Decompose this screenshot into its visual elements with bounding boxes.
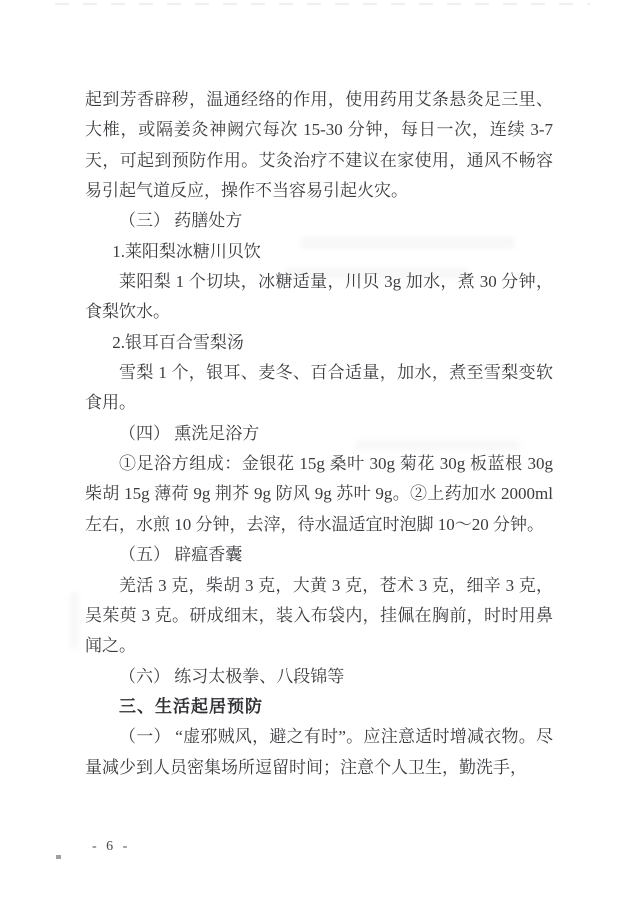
scan-speck bbox=[56, 855, 61, 859]
living-prevention-body: （一） “虚邪贼风，避之有时”。应注意适时增减衣物。尽量减少到人员密集场所逗留时… bbox=[85, 722, 553, 783]
section-heading-5: （五） 辟瘟香囊 bbox=[85, 540, 553, 570]
recipe-title-2: 2.银耳百合雪梨汤 bbox=[85, 328, 553, 358]
document-body: 起到芳香辟秽，温通经络的作用，使用药用艾条悬灸足三里、大椎，或隔姜灸神阙穴每次 … bbox=[85, 85, 553, 783]
recipe-body-1: 莱阳梨 1 个切块，冰糖适量，川贝 3g 加水，煮 30 分钟，食梨饮水。 bbox=[85, 267, 553, 328]
section-heading-3: （三） 药膳处方 bbox=[85, 206, 553, 236]
scan-smudge bbox=[70, 592, 79, 650]
recipe-title-1: 1.莱阳梨冰糖川贝饮 bbox=[85, 237, 553, 267]
section-heading-6: （六） 练习太极拳、八段锦等 bbox=[85, 662, 553, 692]
sachet-body: 羌活 3 克，柴胡 3 克，大黄 3 克，苍术 3 克，细辛 3 克，吴茱萸 3… bbox=[85, 571, 553, 662]
paragraph-continuation: 起到芳香辟秽，温通经络的作用，使用药用艾条悬灸足三里、大椎，或隔姜灸神阙穴每次 … bbox=[85, 85, 553, 206]
footbath-body: ①足浴方组成：金银花 15g 桑叶 30g 菊花 30g 板蓝根 30g 柴胡 … bbox=[85, 449, 553, 540]
scan-artifact-top-edge bbox=[55, 3, 590, 5]
page-number: - 6 - bbox=[92, 839, 130, 855]
recipe-body-2: 雪梨 1 个，银耳、麦冬、百合适量，加水，煮至雪梨变软食用。 bbox=[85, 358, 553, 419]
chapter-heading-3: 三、生活起居预防 bbox=[85, 692, 553, 722]
section-heading-4: （四） 熏洗足浴方 bbox=[85, 419, 553, 449]
scanned-document-page: 起到芳香辟秽，温通经络的作用，使用药用艾条悬灸足三里、大椎，或隔姜灸神阙穴每次 … bbox=[0, 0, 637, 900]
